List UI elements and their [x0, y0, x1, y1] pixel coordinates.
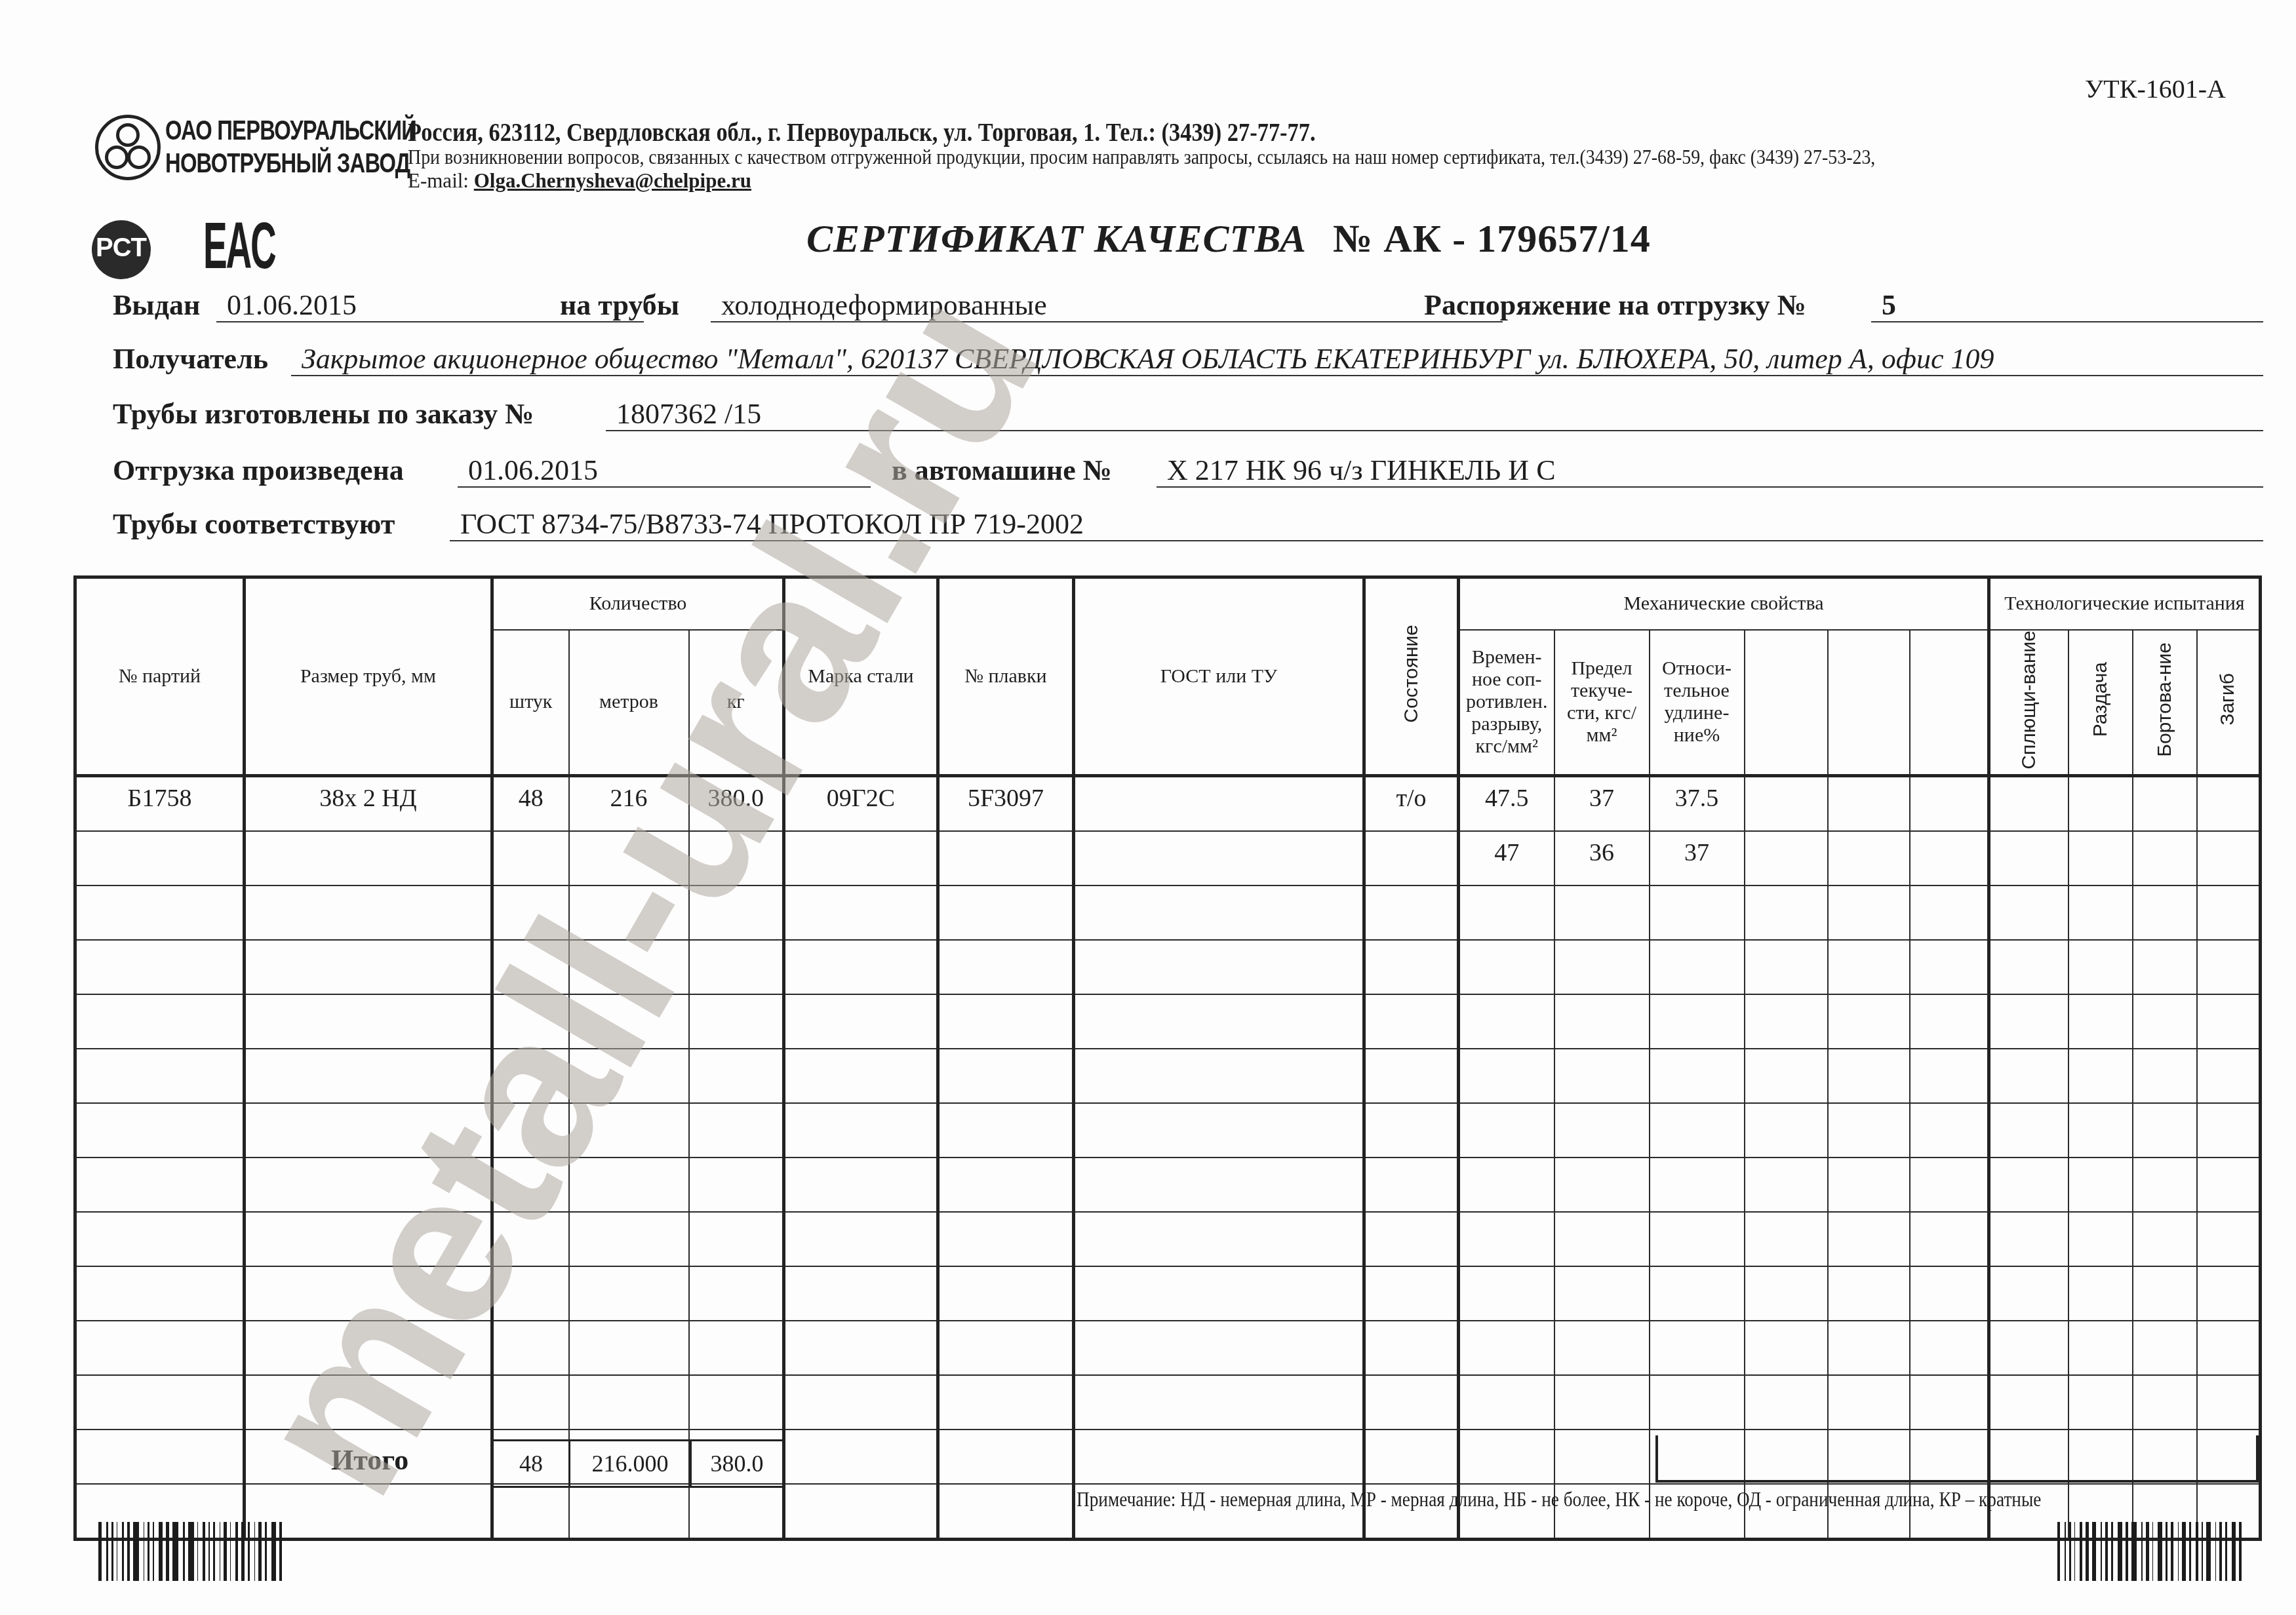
cell-tech-test: [2133, 1212, 2197, 1266]
cell-tech-test: [2068, 940, 2133, 994]
cell-tech-test: [2133, 1049, 2197, 1103]
header-bend: Загиб: [2197, 630, 2261, 776]
cell-yield: [1554, 994, 1650, 1049]
cell-tensile: [1459, 1375, 1554, 1430]
cell-kg: [689, 1158, 784, 1212]
table-row: [75, 994, 2261, 1049]
cell-state: [1364, 1103, 1459, 1158]
cell-lot: Б1758: [75, 776, 245, 832]
pipes-label: на трубы: [560, 288, 679, 322]
header-elongation: Относи-тельное удлине-ние%: [1650, 630, 1745, 776]
cell-elong: 37.5: [1650, 776, 1745, 832]
header-flattening: Сплющи-вание: [1989, 630, 2068, 776]
cell-steel: [784, 885, 938, 940]
header-technological: Технологические испытания: [1989, 577, 2261, 630]
cell-yield: [1554, 1158, 1650, 1212]
cell-tensile: [1459, 1049, 1554, 1103]
cell-state: [1364, 994, 1459, 1049]
cell-yield: [1554, 1103, 1650, 1158]
header-quantity: Количество: [492, 577, 784, 630]
totals-label: Итого: [331, 1443, 408, 1477]
logo-rings-icon: [95, 115, 161, 180]
cell-tech-test: [2068, 1375, 2133, 1430]
cell-tech-test: [2197, 1049, 2261, 1103]
cell-pcs: [492, 831, 569, 885]
cell-steel: [784, 1158, 938, 1212]
certificate-title: СЕРТИФИКАТ КАЧЕСТВА№ АК - 179657/14: [806, 216, 1651, 262]
issued-label: Выдан: [113, 288, 200, 322]
header-meters: метров: [569, 630, 689, 776]
cell-mech-extra: [1745, 1212, 1828, 1266]
cell-lot: [75, 1321, 245, 1375]
cell-tech-test: [1989, 776, 2068, 832]
cell-state: [1364, 1266, 1459, 1321]
form-code: УТК-1601-А: [2085, 73, 2226, 104]
table-row: [75, 1049, 2261, 1103]
table-row: 473637: [75, 831, 2261, 885]
cell-tech-test: [2068, 1158, 2133, 1212]
cell-steel: [784, 1266, 938, 1321]
cell-tech-test: [2197, 776, 2261, 832]
cell-lot: [75, 940, 245, 994]
cell-elong: [1650, 994, 1745, 1049]
cell-meters: [569, 885, 689, 940]
cell-heat: [938, 1375, 1074, 1430]
cell-mech-extra: [1745, 1266, 1828, 1321]
cell-lot: [75, 1430, 245, 1484]
cell-tech-test: [2197, 1375, 2261, 1430]
header-mech-extra-3: [1910, 630, 1989, 776]
cell-tech-test: [2133, 994, 2197, 1049]
cell-tensile: 47.5: [1459, 776, 1554, 832]
cell-pcs: [492, 1103, 569, 1158]
cell-elong: [1650, 1321, 1745, 1375]
cell-tensile: [1459, 994, 1554, 1049]
cell-elong: [1650, 1266, 1745, 1321]
conform-label: Трубы соответствуют: [113, 507, 395, 541]
cell-steel: 09Г2С: [784, 776, 938, 832]
cell-tech-test: [1989, 1049, 2068, 1103]
cell-tech-test: [1989, 940, 2068, 994]
cell-elong: [1650, 940, 1745, 994]
pipes-value: холоднодеформированные: [711, 288, 1503, 322]
cell-tensile: [1459, 1212, 1554, 1266]
header-tensile: Времен-ное соп-ротивлен. разрыву, кгс/мм…: [1459, 630, 1554, 776]
cell-mech-extra: [1828, 1049, 1910, 1103]
cell-lot: [75, 994, 245, 1049]
cell-state: [1364, 885, 1459, 940]
cell-tech-test: [2068, 1321, 2133, 1375]
cell-steel: [784, 994, 938, 1049]
cell-mech-extra: [1828, 1103, 1910, 1158]
cell-tech-test: [2133, 1158, 2197, 1212]
cell-tech-test: [2068, 776, 2133, 832]
totals-table: 48 216.000 380.0: [492, 1439, 784, 1488]
cell-tech-test: [2133, 1266, 2197, 1321]
cell-meters: [569, 994, 689, 1049]
cell-tensile: [1459, 1158, 1554, 1212]
cell-meters: [569, 1484, 689, 1540]
vehicle-value: Х 217 НК 96 ч/з ГИНКЕЛЬ И С: [1157, 454, 2263, 488]
cell-pcs: [492, 1375, 569, 1430]
cell-mech-extra: [1828, 776, 1910, 832]
cell-state: [1364, 831, 1459, 885]
cell-gost: [1074, 831, 1364, 885]
cell-heat: [938, 1158, 1074, 1212]
cell-kg: [689, 831, 784, 885]
header-size: Размер труб, мм: [245, 577, 492, 776]
cell-heat: [938, 885, 1074, 940]
cell-size: [245, 1375, 492, 1430]
cell-heat: 5F3097: [938, 776, 1074, 832]
cell-heat: [938, 940, 1074, 994]
table-row: [75, 1158, 2261, 1212]
cell-elong: [1650, 1158, 1745, 1212]
cell-kg: [689, 1049, 784, 1103]
cell-size: [245, 1049, 492, 1103]
cell-lot: [75, 831, 245, 885]
cell-tech-test: [2068, 831, 2133, 885]
header-lot: № партий: [75, 577, 245, 776]
cell-tech-test: [2133, 885, 2197, 940]
cell-yield: [1554, 1321, 1650, 1375]
cell-tech-test: [1989, 885, 2068, 940]
rst-certification-icon: РСТ: [85, 207, 170, 286]
cell-elong: [1650, 1375, 1745, 1430]
cell-size: [245, 831, 492, 885]
cell-mech-extra: [1910, 831, 1989, 885]
cell-size: [245, 1212, 492, 1266]
header-expansion: Раздача: [2068, 630, 2133, 776]
header-state: Состояние: [1364, 577, 1459, 776]
cell-tech-test: [1989, 1266, 2068, 1321]
cell-yield: [1554, 885, 1650, 940]
cell-tensile: [1459, 1321, 1554, 1375]
cell-tensile: [1459, 885, 1554, 940]
cell-heat: [938, 1103, 1074, 1158]
cell-tech-test: [2068, 1103, 2133, 1158]
cell-state: [1364, 940, 1459, 994]
cell-tech-test: [2197, 994, 2261, 1049]
cell-yield: [1554, 1375, 1650, 1430]
cell-mech-extra: [1745, 1103, 1828, 1158]
recipient-label: Получатель: [113, 342, 268, 376]
cell-steel: [784, 1049, 938, 1103]
cell-yield: [1554, 940, 1650, 994]
cell-kg: [689, 940, 784, 994]
cell-pcs: [492, 1049, 569, 1103]
cell-meters: [569, 1266, 689, 1321]
cell-tech-test: [1989, 1375, 2068, 1430]
cell-tech-test: [2197, 1321, 2261, 1375]
cell-tech-test: [2197, 1103, 2261, 1158]
email-line: E-mail: Olga.Chernysheva@chelpipe.ru: [408, 169, 751, 193]
cell-mech-extra: [1910, 1103, 1989, 1158]
cell-elong: [1650, 1103, 1745, 1158]
cell-state: [1364, 1158, 1459, 1212]
cell-mech-extra: [1745, 1049, 1828, 1103]
signature-box: [1655, 1435, 2259, 1483]
cell-steel: [784, 831, 938, 885]
cell-kg: [689, 1321, 784, 1375]
cell-steel: [784, 1321, 938, 1375]
cell-gost: [1074, 1375, 1364, 1430]
made-value: 1807362 /15: [606, 397, 2263, 431]
header-mech-extra-2: [1828, 630, 1910, 776]
cell-gost: [1074, 940, 1364, 994]
shipped-label: Отгрузка произведена: [113, 454, 404, 487]
table-row: [75, 1266, 2261, 1321]
cell-gost: [1074, 994, 1364, 1049]
table-row: [75, 1212, 2261, 1266]
cell-tech-test: [2068, 994, 2133, 1049]
table-row: Б175838х 2 НД48216380.009Г2С5F3097т/о47.…: [75, 776, 2261, 832]
table-row: [75, 1375, 2261, 1430]
cell-meters: [569, 1375, 689, 1430]
cell-tensile: [1459, 1103, 1554, 1158]
cell-mech-extra: [1828, 1266, 1910, 1321]
cell-pcs: [492, 940, 569, 994]
cell-size: [245, 1103, 492, 1158]
cell-tech-test: [2068, 885, 2133, 940]
cell-yield: [1554, 1430, 1650, 1484]
order-label: Распоряжение на отгрузку №: [1424, 288, 1806, 322]
cell-yield: 36: [1554, 831, 1650, 885]
cell-tech-test: [2068, 1212, 2133, 1266]
cell-gost: [1074, 885, 1364, 940]
cell-tensile: [1459, 1266, 1554, 1321]
cell-meters: [569, 1158, 689, 1212]
made-row: Трубы изготовлены по заказу № 1807362 /1…: [113, 397, 2263, 437]
cell-pcs: [492, 1212, 569, 1266]
cell-meters: [569, 831, 689, 885]
cell-tech-test: [2197, 1212, 2261, 1266]
cell-tech-test: [2197, 940, 2261, 994]
cell-heat: [938, 1484, 1074, 1540]
cell-heat: [938, 1049, 1074, 1103]
cell-steel: [784, 1430, 938, 1484]
cell-state: [1364, 1375, 1459, 1430]
cell-tech-test: [2197, 885, 2261, 940]
conform-value: ГОСТ 8734-75/В8733-74 ПРОТОКОЛ ПР 719-20…: [450, 507, 2263, 541]
cell-lot: [75, 1049, 245, 1103]
cell-mech-extra: [1745, 776, 1828, 832]
cell-mech-extra: [1745, 831, 1828, 885]
contact-note: При возникновении вопросов, связанных с …: [408, 146, 1875, 169]
cell-meters: 216: [569, 776, 689, 832]
totals-pcs: 48: [493, 1441, 570, 1487]
cell-meters: [569, 940, 689, 994]
table-body: Б175838х 2 НД48216380.009Г2С5F3097т/о47.…: [75, 776, 2261, 1540]
cell-size: [245, 1158, 492, 1212]
header-gost: ГОСТ или ТУ: [1074, 577, 1364, 776]
email-link[interactable]: Olga.Chernysheva@chelpipe.ru: [474, 169, 751, 192]
cell-pcs: [492, 885, 569, 940]
cell-tech-test: [2068, 1049, 2133, 1103]
cell-gost: [1074, 1049, 1364, 1103]
cell-mech-extra: [1910, 994, 1989, 1049]
cell-tech-test: [1989, 1103, 2068, 1158]
company-logo: ОАО ПЕРВОУРАЛЬСКИЙ НОВОТРУБНЫЙ ЗАВОД: [92, 111, 380, 184]
shipped-value: 01.06.2015: [458, 454, 871, 488]
header-pcs: штук: [492, 630, 569, 776]
logo-line-1: ОАО ПЕРВОУРАЛЬСКИЙ: [165, 114, 416, 147]
cell-gost: [1074, 1321, 1364, 1375]
cell-steel: [784, 1103, 938, 1158]
cell-meters: [569, 1321, 689, 1375]
cell-size: [245, 1266, 492, 1321]
cell-size: [245, 1321, 492, 1375]
barcode-left-icon: [98, 1522, 285, 1581]
cell-state: [1364, 1430, 1459, 1484]
cell-elong: [1650, 1049, 1745, 1103]
cell-mech-extra: [1910, 1158, 1989, 1212]
cell-tech-test: [2133, 776, 2197, 832]
cell-size: [245, 994, 492, 1049]
cell-gost: [1074, 1103, 1364, 1158]
recipient-row: Получатель Закрытое акционерное общество…: [113, 342, 2263, 381]
cell-meters: [569, 1103, 689, 1158]
cell-yield: [1554, 1266, 1650, 1321]
cell-elong: [1650, 885, 1745, 940]
cell-pcs: [492, 1158, 569, 1212]
recipient-value: Закрытое акционерное общество "Металл", …: [291, 342, 2263, 376]
totals-kg: 380.0: [691, 1441, 783, 1487]
cell-tech-test: [2133, 1321, 2197, 1375]
cell-meters: [569, 1049, 689, 1103]
cell-tech-test: [2197, 1158, 2261, 1212]
cell-mech-extra: [1910, 885, 1989, 940]
logo-line-2: НОВОТРУБНЫЙ ЗАВОД: [165, 147, 416, 180]
cell-mech-extra: [1745, 1158, 1828, 1212]
cell-kg: 380.0: [689, 776, 784, 832]
cell-pcs: [492, 1321, 569, 1375]
cell-mech-extra: [1910, 940, 1989, 994]
cell-mech-extra: [1828, 1375, 1910, 1430]
cell-tech-test: [1989, 1212, 2068, 1266]
cell-kg: [689, 885, 784, 940]
cell-heat: [938, 1266, 1074, 1321]
cell-mech-extra: [1745, 1375, 1828, 1430]
table-row: [75, 940, 2261, 994]
cell-meters: [569, 1212, 689, 1266]
cell-tensile: 47: [1459, 831, 1554, 885]
cell-size: [245, 940, 492, 994]
cell-yield: 37: [1554, 776, 1650, 832]
cell-gost: [1074, 1266, 1364, 1321]
cell-pcs: 48: [492, 776, 569, 832]
cell-state: [1364, 1212, 1459, 1266]
cell-tech-test: [1989, 1158, 2068, 1212]
cell-kg: [689, 1375, 784, 1430]
conform-row: Трубы соответствуют ГОСТ 8734-75/В8733-7…: [113, 507, 2263, 547]
cell-tech-test: [1989, 831, 2068, 885]
cell-mech-extra: [1828, 1158, 1910, 1212]
made-label: Трубы изготовлены по заказу №: [113, 397, 534, 431]
cell-mech-extra: [1910, 1049, 1989, 1103]
cell-mech-extra: [1745, 940, 1828, 994]
issued-row: Выдан 01.06.2015 на трубы холоднодеформи…: [113, 288, 2263, 328]
cell-tech-test: [2133, 1103, 2197, 1158]
cell-mech-extra: [1828, 994, 1910, 1049]
cell-mech-extra: [1828, 1212, 1910, 1266]
table-row: [75, 1321, 2261, 1375]
cell-size: [245, 885, 492, 940]
cell-tech-test: [2197, 831, 2261, 885]
cell-mech-extra: [1828, 1321, 1910, 1375]
header-steel: Марка стали: [784, 577, 938, 776]
cell-pcs: [492, 1266, 569, 1321]
cell-state: [1364, 1321, 1459, 1375]
cell-mech-extra: [1910, 1321, 1989, 1375]
cell-tensile: [1459, 940, 1554, 994]
cell-steel: [784, 1484, 938, 1540]
cell-heat: [938, 1212, 1074, 1266]
cell-tech-test: [1989, 994, 2068, 1049]
cell-lot: [75, 1375, 245, 1430]
barcode-right-icon: [2057, 1522, 2245, 1581]
cell-yield: [1554, 1212, 1650, 1266]
cell-mech-extra: [1910, 1375, 1989, 1430]
header-heat: № плавки: [938, 577, 1074, 776]
cell-mech-extra: [1910, 1266, 1989, 1321]
cell-mech-extra: [1910, 776, 1989, 832]
cell-lot: [75, 1212, 245, 1266]
certificate-number: № АК - 179657/14: [1333, 217, 1651, 260]
cell-size: 38х 2 НД: [245, 776, 492, 832]
cell-lot: [75, 1266, 245, 1321]
cell-pcs: [492, 994, 569, 1049]
quality-table: № партий Размер труб, мм Количество Марк…: [73, 575, 2262, 1541]
cell-mech-extra: [1828, 940, 1910, 994]
cell-kg: [689, 1484, 784, 1540]
cell-mech-extra: [1910, 1212, 1989, 1266]
cell-tech-test: [2133, 940, 2197, 994]
cell-kg: [689, 994, 784, 1049]
order-value: 5: [1871, 288, 2263, 322]
cell-mech-extra: [1745, 1321, 1828, 1375]
table-row: [75, 885, 2261, 940]
cell-lot: [75, 885, 245, 940]
footnote: Примечание: НД - немерная длина, МР - ме…: [1077, 1488, 2041, 1511]
cell-gost: [1074, 776, 1364, 832]
cell-kg: [689, 1103, 784, 1158]
cell-lot: [75, 1158, 245, 1212]
cell-tech-test: [2133, 1375, 2197, 1430]
cell-state: [1364, 1049, 1459, 1103]
cell-gost: [1074, 1430, 1364, 1484]
cell-mech-extra: [1828, 831, 1910, 885]
cell-pcs: [492, 1484, 569, 1540]
cell-tech-test: [2197, 1266, 2261, 1321]
cell-mech-extra: [1828, 885, 1910, 940]
cell-heat: [938, 1430, 1074, 1484]
cell-elong: [1650, 1212, 1745, 1266]
cell-tensile: [1459, 1430, 1554, 1484]
cell-tech-test: [2133, 831, 2197, 885]
cell-kg: [689, 1266, 784, 1321]
eac-mark-icon: EAC: [203, 208, 275, 284]
cell-steel: [784, 1375, 938, 1430]
cell-tech-test: [1989, 1321, 2068, 1375]
cell-steel: [784, 940, 938, 994]
cell-tech-test: [2068, 1266, 2133, 1321]
header-mechanical: Механические свойства: [1459, 577, 1989, 630]
cell-heat: [938, 994, 1074, 1049]
header-flanging: Бортова-ние: [2133, 630, 2197, 776]
shipped-row: Отгрузка произведена 01.06.2015 в автома…: [113, 454, 2263, 493]
cell-lot: [75, 1103, 245, 1158]
